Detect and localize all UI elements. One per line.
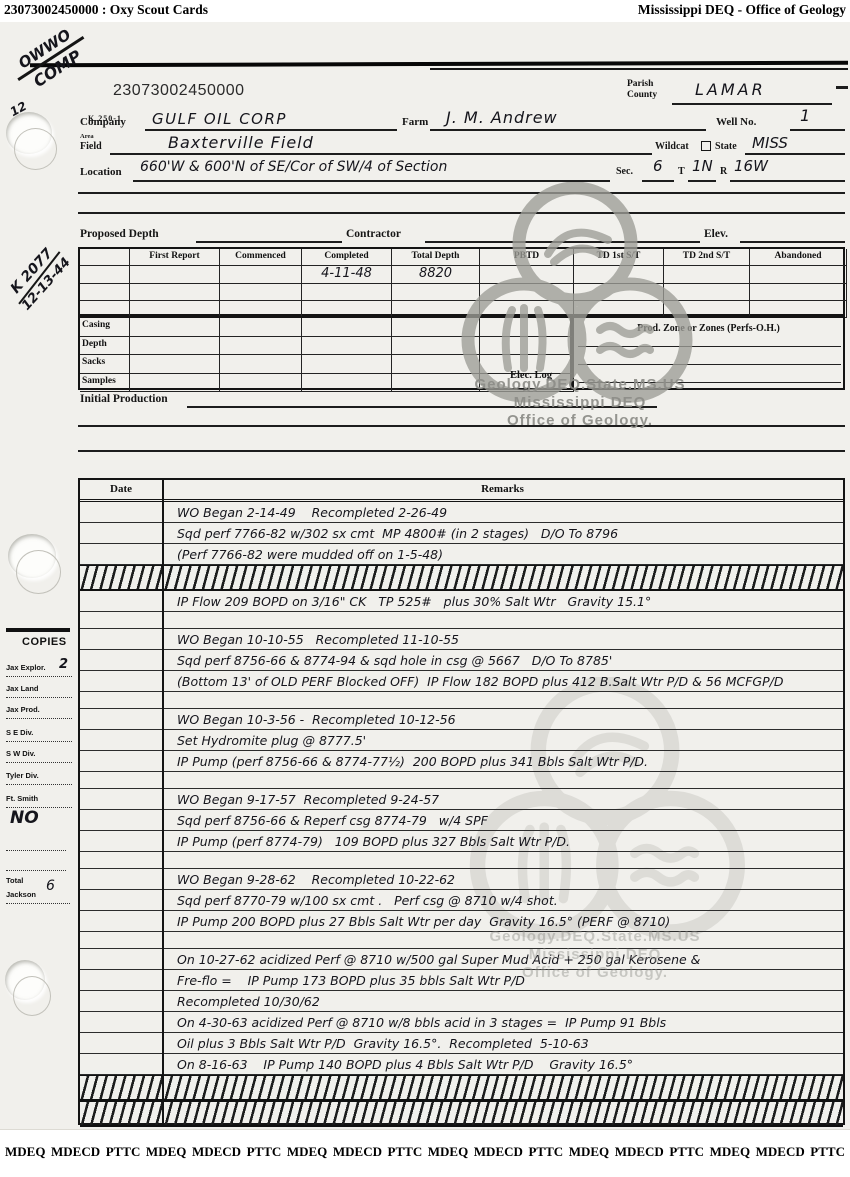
contractor-rule bbox=[425, 241, 700, 243]
remark-row-text: WO Began 9-17-57 Recompleted 9-24-57 bbox=[80, 789, 843, 810]
parish-county-value: LAMAR bbox=[695, 80, 766, 99]
casing-cell bbox=[302, 318, 392, 337]
footer-token: MDEQ bbox=[428, 1144, 468, 1160]
depth-cell bbox=[480, 266, 574, 283]
total-depth-value: 8820 bbox=[392, 266, 480, 283]
sec-label: Sec. bbox=[616, 166, 633, 177]
copies-item-label: Tyler Div. bbox=[6, 771, 39, 780]
depth-cell bbox=[220, 284, 302, 301]
footer-token: PTTC bbox=[247, 1144, 282, 1160]
footer-token: MDEQ bbox=[146, 1144, 186, 1160]
depth-cell bbox=[574, 266, 664, 283]
footer-token: PTTC bbox=[669, 1144, 704, 1160]
footer-token: PTTC bbox=[388, 1144, 423, 1160]
remark-row-text: Sqd perf 8756-66 & 8774-94 & sqd hole in… bbox=[80, 650, 843, 671]
depth-cell bbox=[80, 249, 130, 266]
depth-cell bbox=[130, 284, 220, 301]
footer-token: MDECD bbox=[333, 1144, 382, 1160]
elev-rule bbox=[740, 241, 845, 243]
remark-row-text: IP Pump (perf 8756-66 & 8774-77½) 200 BO… bbox=[80, 751, 843, 772]
depth-cell bbox=[750, 284, 847, 301]
margin-note: K 2077 12-13-44 bbox=[4, 241, 74, 313]
remark-row-text: IP Pump 200 BOPD plus 27 Bbls Salt Wtr p… bbox=[80, 911, 843, 932]
remark-text: WO Began 10-3-56 - Recompleted 10-12-56 bbox=[177, 710, 456, 729]
range-label: R bbox=[720, 166, 727, 177]
remark-text: IP Flow 209 BOPD on 3/16" CK TP 525# plu… bbox=[177, 592, 651, 611]
remark-row-blank bbox=[80, 692, 843, 709]
copies-item: Ft. Smith bbox=[6, 794, 72, 808]
initial-production-label: Initial Production bbox=[80, 393, 168, 405]
initial-production-rule bbox=[187, 406, 657, 408]
prod-zone-rule bbox=[578, 364, 841, 365]
copies-item: Tyler Div. bbox=[6, 771, 72, 785]
footer-token: PTTC bbox=[528, 1144, 563, 1160]
casing-cell bbox=[130, 337, 220, 356]
company-label: Company bbox=[80, 116, 126, 128]
remark-row-text: On 8-16-63 IP Pump 140 BOPD plus 4 Bbls … bbox=[80, 1054, 843, 1075]
remark-row-hatch bbox=[80, 565, 843, 591]
copies-item-label: S E Div. bbox=[6, 728, 33, 737]
remark-row-text: Recompleted 10/30/62 bbox=[80, 991, 843, 1012]
remark-row-text: (Perf 7766-82 were mudded off on 1-5-48) bbox=[80, 544, 843, 565]
remark-row-text: Oil plus 3 Bbls Salt Wtr P/D Gravity 16.… bbox=[80, 1033, 843, 1054]
remark-row-text: WO Began 10-3-56 - Recompleted 10-12-56 bbox=[80, 709, 843, 730]
remark-row-text: (Bottom 13' of OLD PERF Blocked OFF) IP … bbox=[80, 671, 843, 692]
casing-row-label: Depth bbox=[80, 337, 130, 356]
footer-token: PTTC bbox=[810, 1144, 845, 1160]
remark-row-text: On 4-30-63 acidized Perf @ 8710 w/8 bbls… bbox=[80, 1012, 843, 1033]
remark-text: (Bottom 13' of OLD PERF Blocked OFF) IP … bbox=[177, 672, 783, 691]
copies-item-label: S W Div. bbox=[6, 749, 35, 758]
footer-token: MDECD bbox=[192, 1144, 241, 1160]
copies-total-label-1: Total bbox=[6, 876, 23, 885]
casing-cell bbox=[302, 355, 392, 374]
casing-cell bbox=[130, 318, 220, 337]
copies-item-label: Jax Prod. bbox=[6, 705, 40, 714]
prod-zone-rule bbox=[578, 382, 841, 383]
scan-top-edge-2 bbox=[430, 68, 848, 70]
elec-log-label: Elec. Log bbox=[510, 370, 552, 381]
remark-row-text: Sqd perf 7766-82 w/302 sx cmt MP 4800# (… bbox=[80, 523, 843, 544]
remark-text: On 10-27-62 acidized Perf @ 8710 w/500 g… bbox=[177, 950, 700, 969]
remark-text: Set Hydromite plug @ 8777.5' bbox=[177, 731, 366, 750]
casing-cell bbox=[130, 355, 220, 374]
company-value: GULF OIL CORP bbox=[152, 110, 287, 128]
footer-token: MDEQ bbox=[5, 1144, 45, 1160]
remark-text: Oil plus 3 Bbls Salt Wtr P/D Gravity 16.… bbox=[177, 1034, 589, 1053]
depth-col-header: Total Depth bbox=[392, 249, 480, 266]
casing-cell bbox=[480, 337, 574, 356]
depth-col-header: Completed bbox=[302, 249, 392, 266]
depth-col-header: First Report bbox=[130, 249, 220, 266]
sec-rule bbox=[642, 180, 674, 182]
depth-table: First ReportCommencedCompletedTotal Dept… bbox=[78, 247, 845, 316]
remarks-header-row: Date Remarks bbox=[80, 480, 843, 502]
well-no-value: 1 bbox=[800, 106, 810, 125]
remark-text: WO Began 10-10-55 Recompleted 11-10-55 bbox=[177, 630, 459, 649]
parish-rule bbox=[672, 103, 832, 105]
depth-col-header: Commenced bbox=[220, 249, 302, 266]
state-rule bbox=[745, 153, 845, 155]
remark-row-text: Sqd perf 8770-79 w/100 sx cmt . Perf csg… bbox=[80, 890, 843, 911]
casing-cell bbox=[392, 337, 480, 356]
copies-item-value: 2 bbox=[59, 657, 68, 672]
field-value: Baxterville Field bbox=[168, 133, 314, 152]
remark-row-text: Sqd perf 8756-66 & Reperf csg 8774-79 w/… bbox=[80, 810, 843, 831]
remark-text: Sqd perf 8756-66 & Reperf csg 8774-79 w/… bbox=[177, 811, 488, 830]
scanned-card: OWWO COMP 12 23073002450000 K 250-1 K 20… bbox=[0, 22, 850, 1130]
remark-row-text: Set Hydromite plug @ 8777.5' bbox=[80, 730, 843, 751]
copies-total-label-2: Jackson bbox=[6, 890, 70, 904]
area-label: Area bbox=[80, 133, 94, 140]
proposed-depth-rule bbox=[196, 241, 342, 243]
company-rule bbox=[145, 129, 397, 131]
copies-blank-line bbox=[6, 870, 66, 871]
contractor-label: Contractor bbox=[346, 228, 401, 240]
page-header-left: 23073002450000 : Oxy Scout Cards bbox=[4, 2, 208, 18]
remark-row-text: Fre-flo = IP Pump 173 BOPD plus 35 bbls … bbox=[80, 970, 843, 991]
proposed-depth-label: Proposed Depth bbox=[80, 228, 159, 240]
parish-county-label: Parish County bbox=[627, 79, 657, 100]
date-column-header: Date bbox=[80, 483, 162, 495]
copies-item: S E Div. bbox=[6, 728, 72, 742]
depth-col-header: Abandoned bbox=[750, 249, 847, 266]
blank-rule bbox=[78, 450, 845, 452]
depth-cell bbox=[130, 266, 220, 283]
remark-text: Recompleted 10/30/62 bbox=[177, 992, 320, 1011]
remark-text: Sqd perf 8770-79 w/100 sx cmt . Perf csg… bbox=[177, 891, 558, 910]
state-label: State bbox=[715, 141, 737, 152]
casing-cell bbox=[130, 374, 220, 393]
prod-zone-box: Prod. Zone or Zones (Perfs-O.H.) bbox=[572, 316, 845, 390]
township-label: T bbox=[678, 166, 685, 177]
range-value: 16W bbox=[734, 157, 768, 175]
copies-item-label: Jax Land bbox=[6, 684, 39, 693]
elev-label: Elev. bbox=[704, 228, 728, 240]
casing-cell bbox=[220, 355, 302, 374]
copies-blank-line bbox=[6, 850, 66, 851]
scan-top-edge bbox=[30, 61, 848, 68]
punch-hole bbox=[8, 534, 56, 578]
well-no-rule bbox=[790, 129, 845, 131]
copies-note: NO bbox=[10, 808, 39, 828]
remark-row-text: IP Pump (perf 8774-79) 109 BOPD plus 327… bbox=[80, 831, 843, 852]
footer-token: MDECD bbox=[615, 1144, 664, 1160]
page-header: 23073002450000 : Oxy Scout Cards Mississ… bbox=[4, 2, 846, 18]
remark-text: WO Began 9-17-57 Recompleted 9-24-57 bbox=[177, 790, 439, 809]
depth-cell bbox=[664, 284, 750, 301]
casing-row-label: Casing bbox=[80, 318, 130, 337]
remarks-table: Date Remarks WO Began 2-14-49 Recomplete… bbox=[78, 478, 845, 1125]
depth-cell bbox=[664, 266, 750, 283]
depth-col-header: TD 2nd S/T bbox=[664, 249, 750, 266]
copies-item: Jax Land bbox=[6, 684, 72, 698]
remark-row-text: On 10-27-62 acidized Perf @ 8710 w/500 g… bbox=[80, 949, 843, 970]
copies-item: Jax Explor.2 bbox=[6, 663, 72, 677]
casing-cell bbox=[220, 318, 302, 337]
casing-cell bbox=[392, 318, 480, 337]
copies-top-bar bbox=[6, 628, 70, 632]
remark-row-text: WO Began 10-10-55 Recompleted 11-10-55 bbox=[80, 629, 843, 650]
copies-panel: COPIES Jax Explor.2Jax LandJax Prod.S E … bbox=[4, 622, 76, 922]
remark-row-blank bbox=[80, 932, 843, 949]
casing-cell bbox=[302, 374, 392, 393]
depth-cell bbox=[302, 284, 392, 301]
blank-rule bbox=[78, 192, 845, 194]
depth-cell bbox=[80, 284, 130, 301]
wildcat-label: Wildcat bbox=[655, 141, 689, 152]
copies-item: Jax Prod. bbox=[6, 705, 72, 719]
footer-token: PTTC bbox=[106, 1144, 141, 1160]
depth-cell bbox=[80, 266, 130, 283]
remark-text: Sqd perf 7766-82 w/302 sx cmt MP 4800# (… bbox=[177, 524, 618, 543]
copies-title: COPIES bbox=[22, 636, 67, 648]
prod-zone-label: Prod. Zone or Zones (Perfs-O.H.) bbox=[574, 318, 843, 334]
location-label: Location bbox=[80, 166, 122, 178]
depth-cell bbox=[392, 284, 480, 301]
remark-text: WO Began 2-14-49 Recompleted 2-26-49 bbox=[177, 503, 447, 522]
farm-value: J. M. Andrew bbox=[446, 108, 558, 127]
depth-col-header: TD 1st S/T bbox=[574, 249, 664, 266]
footer-token: MDECD bbox=[51, 1144, 100, 1160]
prod-zone-rule bbox=[578, 346, 841, 347]
remark-text: On 4-30-63 acidized Perf @ 8710 w/8 bbls… bbox=[177, 1013, 666, 1032]
date-column-divider bbox=[162, 480, 164, 1123]
corner-stamp: OWWO COMP bbox=[7, 22, 95, 97]
footer-token: MDEQ bbox=[287, 1144, 327, 1160]
page-header-right: Mississippi DEQ - Office of Geology bbox=[638, 2, 846, 18]
completed-value: 4-11-48 bbox=[302, 266, 392, 283]
casing-cell bbox=[220, 374, 302, 393]
wildcat-checkbox bbox=[701, 141, 711, 151]
footer-token: MDEQ bbox=[569, 1144, 609, 1160]
remark-text: IP Pump (perf 8774-79) 109 BOPD plus 327… bbox=[177, 832, 570, 851]
casing-cell bbox=[392, 355, 480, 374]
remark-row-text: IP Flow 209 BOPD on 3/16" CK TP 525# plu… bbox=[80, 591, 843, 612]
footer-token: MDECD bbox=[474, 1144, 523, 1160]
edge-dash bbox=[836, 86, 848, 89]
location-value: 660'W & 600'N of SE/Cor of SW/4 of Secti… bbox=[140, 159, 447, 175]
remark-text: IP Pump 200 BOPD plus 27 Bbls Salt Wtr p… bbox=[177, 912, 670, 931]
township-rule bbox=[688, 180, 716, 182]
copies-total-value: 6 bbox=[46, 878, 55, 894]
casing-cell bbox=[392, 374, 480, 393]
farm-rule bbox=[430, 129, 706, 131]
remark-text: (Perf 7766-82 were mudded off on 1-5-48) bbox=[177, 545, 443, 564]
location-rule bbox=[133, 180, 610, 182]
remark-text: Fre-flo = IP Pump 173 BOPD plus 35 bbls … bbox=[177, 971, 525, 990]
sec-value: 6 bbox=[653, 157, 663, 175]
copies-item: S W Div. bbox=[6, 749, 72, 763]
range-rule bbox=[730, 180, 845, 182]
remark-text: WO Began 9-28-62 Recompleted 10-22-62 bbox=[177, 870, 455, 889]
blank-rule bbox=[78, 212, 845, 214]
casing-cell bbox=[220, 337, 302, 356]
depth-col-header: PBTD bbox=[480, 249, 574, 266]
depth-cell bbox=[480, 284, 574, 301]
remark-row-text: WO Began 9-28-62 Recompleted 10-22-62 bbox=[80, 869, 843, 890]
punch-hole bbox=[5, 960, 45, 1000]
township-value: 1N bbox=[692, 157, 713, 175]
casing-cell bbox=[302, 337, 392, 356]
page-footer: MDEQMDECDPTTCMDEQMDECDPTTCMDEQMDECDPTTCM… bbox=[0, 1144, 850, 1160]
remark-row-text: WO Began 2-14-49 Recompleted 2-26-49 bbox=[80, 502, 843, 523]
remark-row-blank bbox=[80, 772, 843, 789]
field-rule bbox=[110, 153, 652, 155]
well-no-label: Well No. bbox=[716, 116, 756, 128]
casing-row-label: Samples bbox=[80, 374, 130, 393]
remark-text: On 8-16-63 IP Pump 140 BOPD plus 4 Bbls … bbox=[177, 1055, 633, 1074]
state-value: MISS bbox=[752, 134, 788, 152]
remark-text: IP Pump (perf 8756-66 & 8774-77½) 200 BO… bbox=[177, 752, 648, 771]
casing-cell bbox=[480, 318, 574, 337]
depth-cell bbox=[220, 266, 302, 283]
remark-row-hatch bbox=[80, 1101, 843, 1127]
remarks-rows: WO Began 2-14-49 Recompleted 2-26-49Sqd … bbox=[80, 502, 843, 1127]
casing-row-label: Sacks bbox=[80, 355, 130, 374]
remarks-column-header: Remarks bbox=[162, 483, 843, 495]
copies-item-label: Jax Explor. bbox=[6, 663, 46, 672]
depth-cell bbox=[750, 266, 847, 283]
remark-row-hatch bbox=[80, 1075, 843, 1101]
field-label: Field bbox=[80, 141, 102, 152]
depth-cell bbox=[574, 284, 664, 301]
remark-text: Sqd perf 8756-66 & 8774-94 & sqd hole in… bbox=[177, 651, 612, 670]
footer-token: MDEQ bbox=[710, 1144, 750, 1160]
casing-table: CasingDepthSacksSamples bbox=[78, 316, 572, 390]
farm-label: Farm bbox=[402, 116, 428, 128]
api-number: 23073002450000 bbox=[113, 82, 245, 100]
copies-item-label: Ft. Smith bbox=[6, 794, 38, 803]
remark-row-blank bbox=[80, 852, 843, 869]
remark-row-blank bbox=[80, 612, 843, 629]
blank-rule bbox=[78, 425, 845, 427]
footer-token: MDECD bbox=[756, 1144, 805, 1160]
